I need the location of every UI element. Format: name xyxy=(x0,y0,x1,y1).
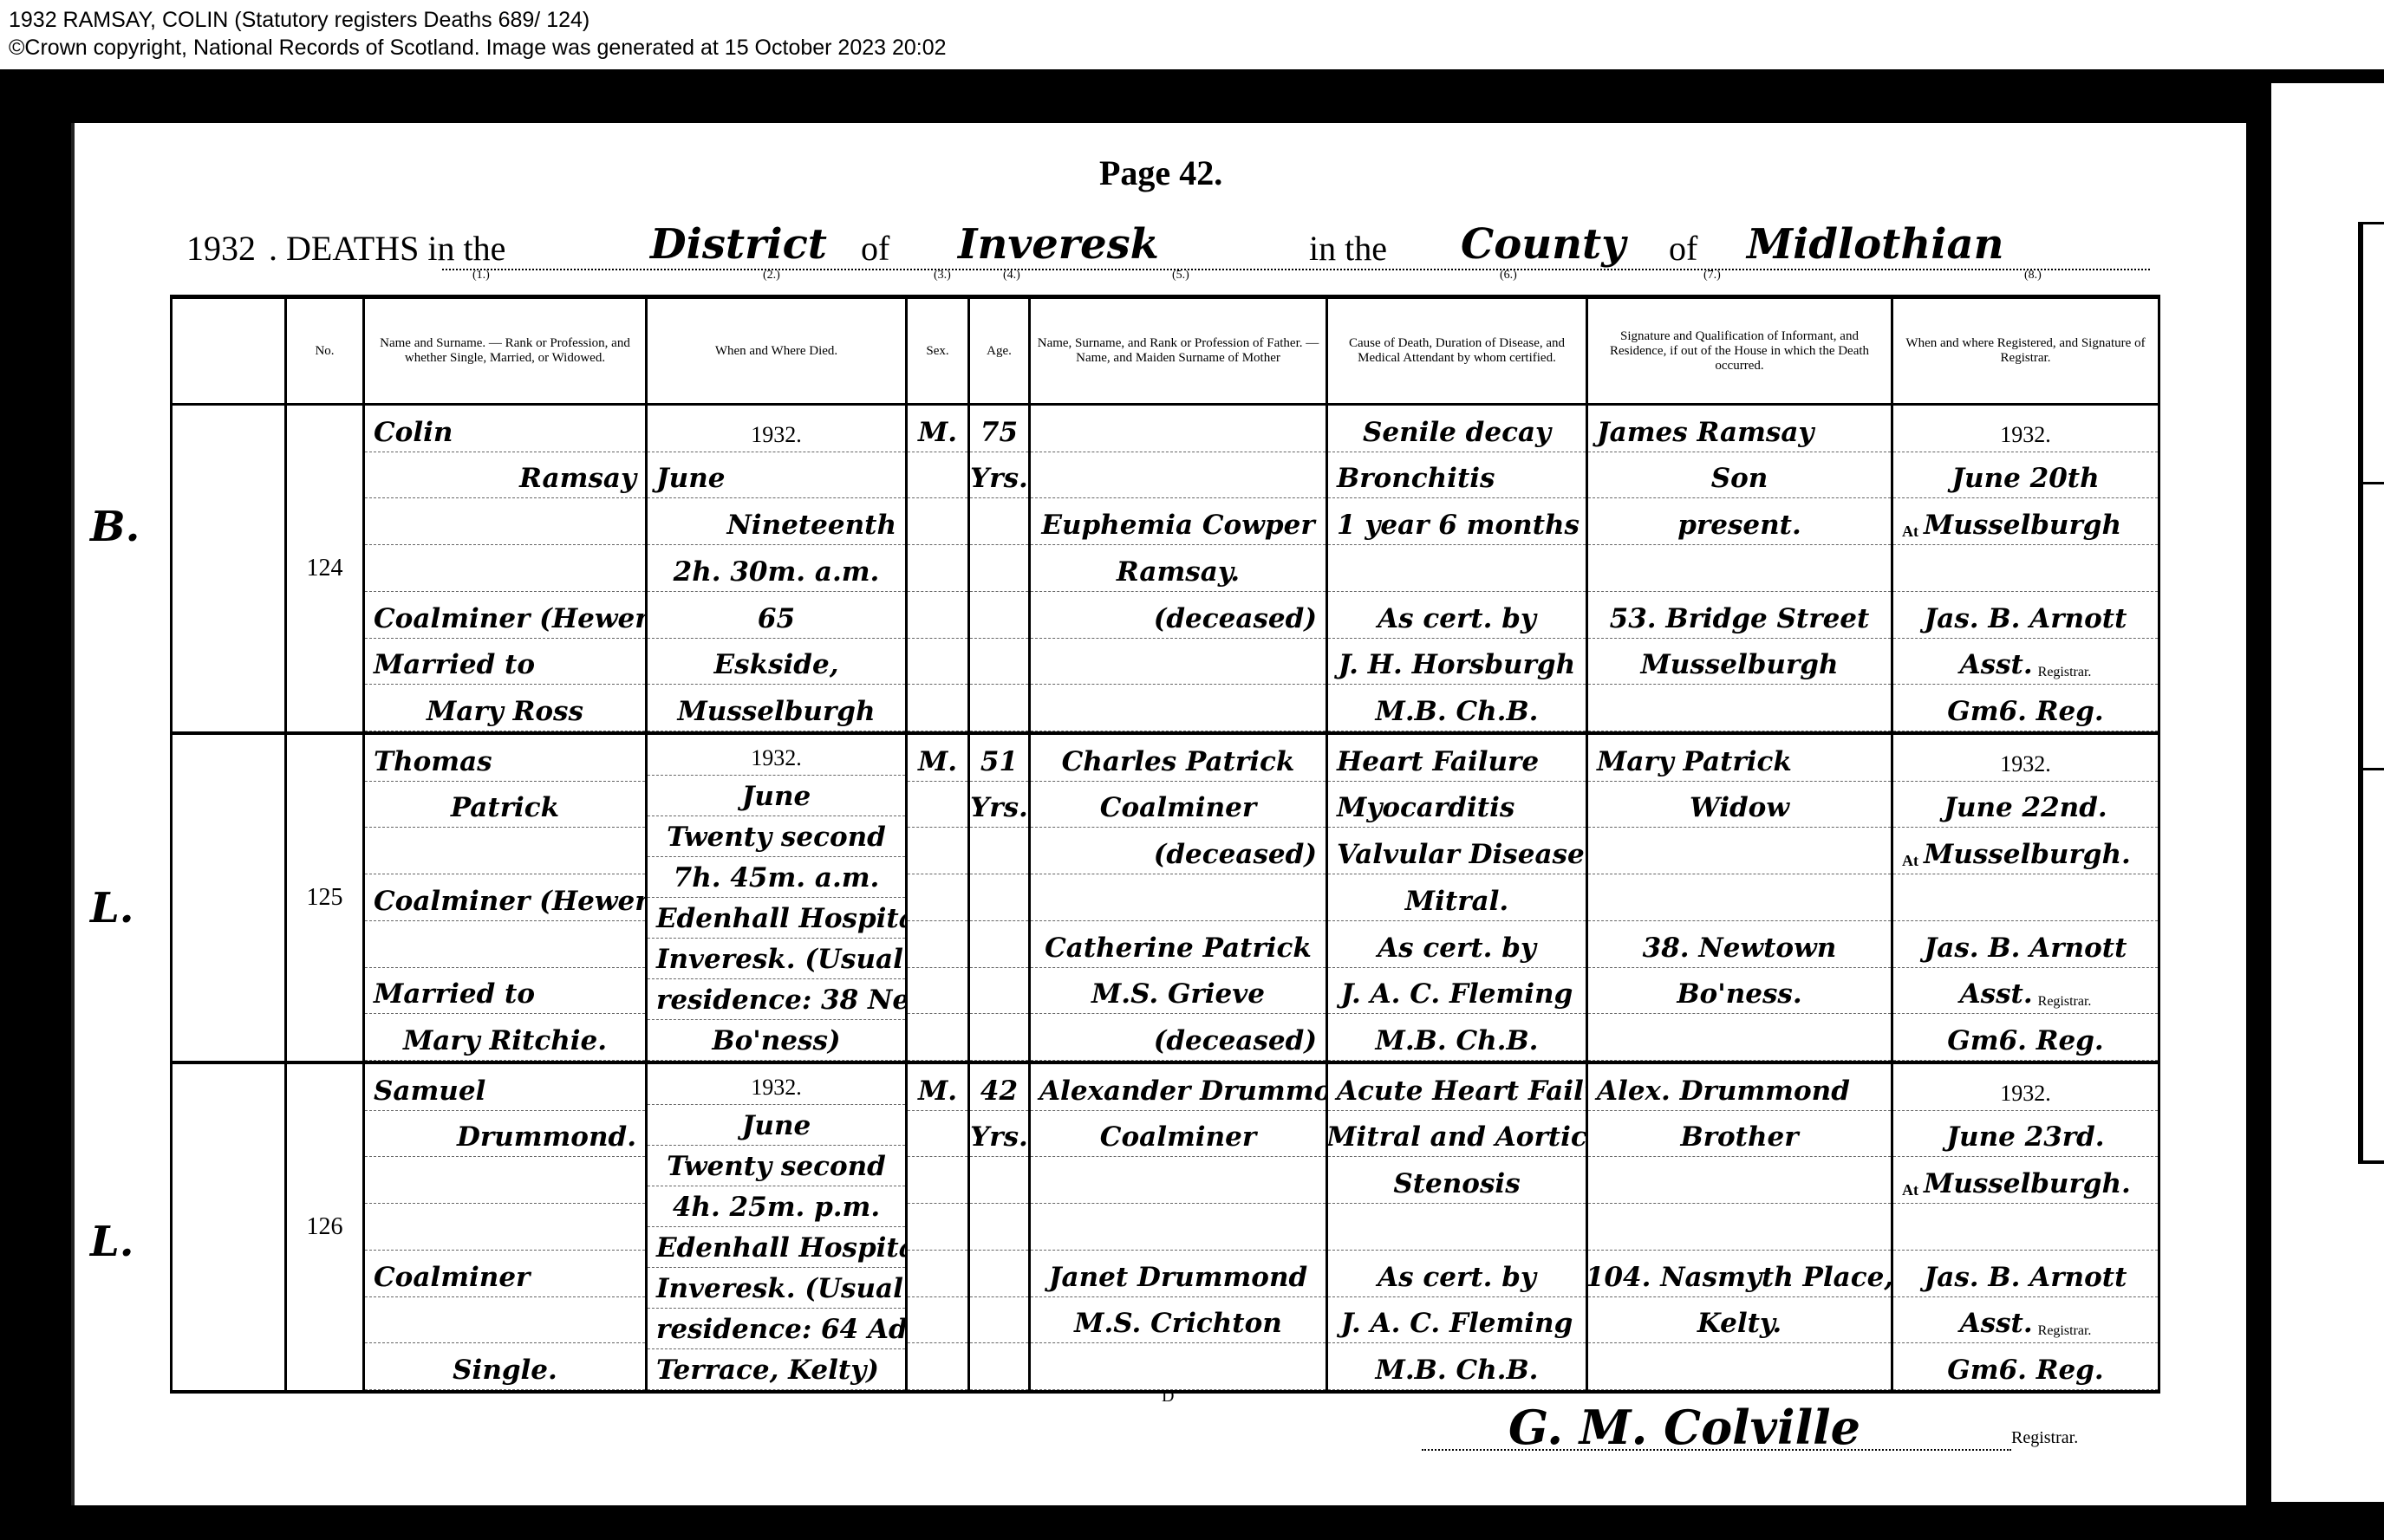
informant-line: Kelty. xyxy=(1588,1297,1891,1344)
parents-line: (deceased) xyxy=(1031,592,1326,639)
column-number: (6.) xyxy=(1500,269,1517,283)
registered-place: Musselburgh. xyxy=(1924,1168,2131,1199)
table-row: 126 Samuel Drummond. Coalminer Single. 1… xyxy=(172,1062,2159,1392)
column-number: (5.) xyxy=(1172,269,1189,283)
column-number: (4.) xyxy=(1003,269,1020,283)
heading-underline xyxy=(442,269,2150,270)
informant-line: Alex. Drummond xyxy=(1588,1064,1891,1111)
heading-district-name: Inveresk xyxy=(958,220,1159,269)
when-line: June xyxy=(648,1105,905,1146)
informant-line: Bo'ness. xyxy=(1588,968,1891,1015)
when-line: 4h. 25m. p.m. xyxy=(648,1186,905,1227)
parents-line: M.S. Crichton xyxy=(1031,1297,1326,1344)
name-line: Married to xyxy=(365,639,645,686)
when-line: Nineteenth xyxy=(648,498,905,545)
asst-label: Asst. xyxy=(1960,978,2033,1010)
registrar-note: Gm6. Reg. xyxy=(1893,1014,2158,1061)
when-line: residence: 64 Adams xyxy=(648,1309,905,1349)
asst-label: Asst. xyxy=(1960,1308,2033,1339)
name-line: Mary Ross xyxy=(365,685,645,731)
age-cell: 75 Yrs. xyxy=(969,405,1030,734)
cause-line: As cert. by xyxy=(1328,1251,1586,1297)
name-line: Coalminer (Hewer) xyxy=(365,592,645,639)
record-title: 1932 RAMSAY, COLIN (Statutory registers … xyxy=(9,7,589,33)
header-no: No. xyxy=(286,297,364,405)
name-line xyxy=(365,921,645,968)
table-row: 125 Thomas Patrick Coalminer (Hewer) Mar… xyxy=(172,733,2159,1062)
cause-line: M.B. Ch.B. xyxy=(1328,1014,1586,1061)
parents-line: Janet Drummond xyxy=(1031,1251,1326,1297)
registrar-label: Registrar. xyxy=(2038,665,2092,680)
heading-of-2: of xyxy=(1669,228,1697,269)
registrar-label: Registrar. xyxy=(2038,994,2092,1010)
informant-line: Widow xyxy=(1588,782,1891,828)
header-row: No. Name and Surname. — Rank or Professi… xyxy=(172,297,2159,405)
informant-cell: James Ramsay Son present. 53. Bridge Str… xyxy=(1587,405,1892,734)
heading-county-name: Midlothian xyxy=(1747,220,2003,269)
age-unit: Yrs. xyxy=(970,782,1028,828)
when-line: 2h. 30m. a.m. xyxy=(648,545,905,592)
age-cell: 51 Yrs. xyxy=(969,733,1030,1062)
parents-line xyxy=(1031,452,1326,499)
cause-line: 1 year 6 months xyxy=(1328,498,1586,545)
registrar-signature: G. M. Colville xyxy=(1508,1400,1860,1455)
d-mark: D xyxy=(1162,1387,1174,1407)
header-sex: Sex. xyxy=(907,297,969,405)
age-value: 51 xyxy=(970,735,1028,782)
when-line: 65 xyxy=(648,592,905,639)
informant-cell: Mary Patrick Widow 38. Newtown Bo'ness. xyxy=(1587,733,1892,1062)
age-value: 75 xyxy=(970,406,1028,452)
parents-line xyxy=(1031,406,1326,452)
margin-cell xyxy=(172,405,286,734)
cause-line: J. H. Horsburgh xyxy=(1328,639,1586,686)
name-line: Colin xyxy=(365,406,645,452)
age-cell: 42 Yrs. xyxy=(969,1062,1030,1392)
cause-cell: Senile decay Bronchitis 1 year 6 months … xyxy=(1327,405,1587,734)
informant-line: Brother xyxy=(1588,1111,1891,1158)
registered-place: Musselburgh. xyxy=(1924,839,2131,870)
name-line xyxy=(365,1157,645,1204)
registrar-name: Jas. B. Arnott xyxy=(1893,1251,2158,1297)
column-number: (7.) xyxy=(1703,269,1721,283)
column-number: (8.) xyxy=(2024,269,2042,283)
column-number: (2.) xyxy=(763,269,780,283)
parents-line: M.S. Grieve xyxy=(1031,968,1326,1015)
informant-line xyxy=(1588,1343,1891,1390)
at-label: At xyxy=(1902,1181,1918,1199)
when-line: 1932. xyxy=(648,1064,905,1105)
parents-line: Catherine Patrick xyxy=(1031,921,1326,968)
registered-cell: 1932. June 23rd. AtMusselburgh. Jas. B. … xyxy=(1892,1062,2159,1392)
at-label: At xyxy=(1902,852,1918,870)
name-line: Drummond. xyxy=(365,1111,645,1158)
cause-line: M.B. Ch.B. xyxy=(1328,685,1586,731)
name-cell: Samuel Drummond. Coalminer Single. xyxy=(364,1062,647,1392)
when-line: 1932. xyxy=(648,735,905,776)
when-line: Twenty second xyxy=(648,1146,905,1186)
registered-date: June 20th xyxy=(1893,452,2158,499)
parents-line: Charles Patrick xyxy=(1031,735,1326,782)
name-line: Thomas xyxy=(365,735,645,782)
name-cell: Thomas Patrick Coalminer (Hewer) Married… xyxy=(364,733,647,1062)
informant-line: 104. Nasmyth Place, xyxy=(1588,1251,1891,1297)
heading-district-word: District xyxy=(650,220,827,269)
cause-line xyxy=(1328,1204,1586,1251)
cause-line: Myocarditis xyxy=(1328,782,1586,828)
margin-mark: L. xyxy=(90,884,134,932)
informant-line: James Ramsay xyxy=(1588,406,1891,452)
registered-date: June 23rd. xyxy=(1893,1111,2158,1158)
when-line: Twenty second xyxy=(648,816,905,857)
sex-value: M. xyxy=(908,735,967,782)
registrar-name: Jas. B. Arnott xyxy=(1893,592,2158,639)
when-where-cell: 1932. June Nineteenth 2h. 30m. a.m. 65 E… xyxy=(647,405,907,734)
sex-cell: M. xyxy=(907,405,969,734)
when-line: Eskside, xyxy=(648,639,905,686)
sex-value: M. xyxy=(908,1064,967,1111)
registered-cell: 1932. June 20th AtMusselburgh Jas. B. Ar… xyxy=(1892,405,2159,734)
informant-line xyxy=(1588,545,1891,592)
header-when-where: When and Where Died. xyxy=(647,297,907,405)
informant-line: 53. Bridge Street xyxy=(1588,592,1891,639)
informant-line xyxy=(1588,685,1891,731)
when-line: Inveresk. (Usual xyxy=(648,939,905,979)
signature-line xyxy=(1422,1449,2011,1451)
margin-mark: B. xyxy=(90,503,140,551)
when-line: Bo'ness) xyxy=(648,1020,905,1061)
cause-line: J. A. C. Fleming xyxy=(1328,1297,1586,1344)
heading-of-1: of xyxy=(861,228,889,269)
informant-line xyxy=(1588,828,1891,874)
registered-year: 1932. xyxy=(1893,406,2158,452)
name-line xyxy=(365,498,645,545)
name-line: Married to xyxy=(365,968,645,1015)
registrar-label: Registrar. xyxy=(2038,1323,2092,1339)
registered-year: 1932. xyxy=(1893,735,2158,782)
entry-number: 124 xyxy=(286,405,364,734)
when-line: residence: 38 Newtown, xyxy=(648,979,905,1020)
header-age: Age. xyxy=(969,297,1030,405)
name-line: Single. xyxy=(365,1343,645,1390)
registrar-signature-label: Registrar. xyxy=(2011,1428,2078,1448)
column-number: (3.) xyxy=(934,269,951,283)
parents-line: Ramsay. xyxy=(1031,545,1326,592)
name-line: Coalminer (Hewer) xyxy=(365,874,645,921)
registered-year: 1932. xyxy=(1893,1064,2158,1111)
when-line: Edenhall Hospital, xyxy=(648,898,905,939)
adjacent-divider xyxy=(2358,768,2384,770)
header-registered: When and where Registered, and Signature… xyxy=(1892,297,2159,405)
registered-cell: 1932. June 22nd. AtMusselburgh. Jas. B. … xyxy=(1892,733,2159,1062)
informant-line: present. xyxy=(1588,498,1891,545)
cause-line xyxy=(1328,545,1586,592)
heading-deaths: . DEATHS in the xyxy=(269,228,505,269)
parents-cell: Euphemia Cowper Ramsay. (deceased) xyxy=(1030,405,1327,734)
parents-line: Coalminer xyxy=(1031,1111,1326,1158)
parents-line: Euphemia Cowper xyxy=(1031,498,1326,545)
name-cell: Colin Ramsay Coalminer (Hewer) Married t… xyxy=(364,405,647,734)
cause-line: As cert. by xyxy=(1328,921,1586,968)
page-number: Page 42. xyxy=(1099,153,1222,193)
cause-line: Stenosis xyxy=(1328,1157,1586,1204)
parents-line xyxy=(1031,874,1326,921)
header-parents: Name, Surname, and Rank or Profession of… xyxy=(1030,297,1327,405)
when-line: Musselburgh xyxy=(648,685,905,731)
heading-in-the: in the xyxy=(1309,228,1387,269)
adjacent-divider xyxy=(2358,482,2384,484)
informant-line: 38. Newtown xyxy=(1588,921,1891,968)
when-line: Inveresk. (Usual xyxy=(648,1268,905,1309)
cause-line: Senile decay xyxy=(1328,406,1586,452)
informant-line: Mary Patrick xyxy=(1588,735,1891,782)
deaths-register-table: No. Name and Surname. — Rank or Professi… xyxy=(170,295,2160,1394)
register-heading: 1932 . DEATHS in the District of Inveres… xyxy=(186,222,2146,274)
cause-cell: Heart Failure Myocarditis Valvular Disea… xyxy=(1327,733,1587,1062)
sex-cell: M. xyxy=(907,1062,969,1392)
when-line: June xyxy=(648,452,905,499)
when-line: 1932. xyxy=(648,406,905,452)
cause-line: Mitral. xyxy=(1328,874,1586,921)
name-line: Samuel xyxy=(365,1064,645,1111)
adjacent-page-strip xyxy=(2267,83,2384,1502)
entry-number: 125 xyxy=(286,733,364,1062)
when-line: June xyxy=(648,776,905,816)
informant-line xyxy=(1588,1014,1891,1061)
cause-line: Heart Failure xyxy=(1328,735,1586,782)
margin-cell xyxy=(172,1062,286,1392)
parents-line xyxy=(1031,1204,1326,1251)
when-line: Terrace, Kelty) xyxy=(648,1349,905,1390)
parents-line: (deceased) xyxy=(1031,828,1326,874)
heading-year: 1932 xyxy=(186,228,256,269)
margin-mark: L. xyxy=(90,1218,134,1266)
parents-line: Coalminer xyxy=(1031,782,1326,828)
parents-line: (deceased) xyxy=(1031,1014,1326,1061)
cause-line: Bronchitis xyxy=(1328,452,1586,499)
when-where-cell: 1932. June Twenty second 7h. 45m. a.m. E… xyxy=(647,733,907,1062)
entry-number: 126 xyxy=(286,1062,364,1392)
sex-cell: M. xyxy=(907,733,969,1062)
adjacent-table-edge xyxy=(2358,222,2384,1164)
cause-line: Mitral and Aortic xyxy=(1328,1111,1586,1158)
margin-cell xyxy=(172,733,286,1062)
registrar-name: Jas. B. Arnott xyxy=(1893,921,2158,968)
age-unit: Yrs. xyxy=(970,1111,1028,1158)
header-margin xyxy=(172,297,286,405)
cause-line: As cert. by xyxy=(1328,592,1586,639)
parents-line: Alexander Drummond xyxy=(1031,1064,1326,1111)
registered-date: June 22nd. xyxy=(1893,782,2158,828)
informant-line xyxy=(1588,1157,1891,1204)
informant-cell: Alex. Drummond Brother 104. Nasmyth Plac… xyxy=(1587,1062,1892,1392)
parents-line xyxy=(1031,685,1326,731)
age-unit: Yrs. xyxy=(970,452,1028,499)
column-number: (1.) xyxy=(472,269,490,283)
parents-cell: Alexander Drummond Coalminer Janet Drumm… xyxy=(1030,1062,1327,1392)
informant-line: Son xyxy=(1588,452,1891,499)
name-line xyxy=(365,828,645,874)
asst-label: Asst. xyxy=(1960,649,2033,680)
header-informant: Signature and Qualification of Informant… xyxy=(1587,297,1892,405)
registrar-note: Gm6. Reg. xyxy=(1893,1343,2158,1390)
cause-line: M.B. Ch.B. xyxy=(1328,1343,1586,1390)
parents-line xyxy=(1031,1343,1326,1390)
table-row: 124 Colin Ramsay Coalminer (Hewer) Marri… xyxy=(172,405,2159,734)
at-label: At xyxy=(1902,523,1918,541)
name-line: Mary Ritchie. xyxy=(365,1014,645,1061)
name-line xyxy=(365,1204,645,1251)
name-line: Coalminer xyxy=(365,1251,645,1297)
name-line: Patrick xyxy=(365,782,645,828)
cause-line: Acute Heart Failure xyxy=(1328,1064,1586,1111)
informant-line: Musselburgh xyxy=(1588,639,1891,686)
name-line xyxy=(365,545,645,592)
informant-line xyxy=(1588,874,1891,921)
copyright-notice: ©Crown copyright, National Records of Sc… xyxy=(9,35,947,61)
parents-cell: Charles Patrick Coalminer (deceased) Cat… xyxy=(1030,733,1327,1062)
when-where-cell: 1932. June Twenty second 4h. 25m. p.m. E… xyxy=(647,1062,907,1392)
name-line: Ramsay xyxy=(365,452,645,499)
parents-line xyxy=(1031,1157,1326,1204)
header-name: Name and Surname. — Rank or Profession, … xyxy=(364,297,647,405)
heading-county-word: County xyxy=(1461,220,1625,269)
when-line: 7h. 45m. a.m. xyxy=(648,857,905,898)
registrar-note: Gm6. Reg. xyxy=(1893,685,2158,731)
name-line xyxy=(365,1297,645,1344)
cause-cell: Acute Heart Failure Mitral and Aortic St… xyxy=(1327,1062,1587,1392)
cause-line: Valvular Disease xyxy=(1328,828,1586,874)
parents-line xyxy=(1031,639,1326,686)
when-line: Edenhall Hospital, xyxy=(648,1227,905,1268)
registered-place: Musselburgh xyxy=(1924,510,2121,541)
age-value: 42 xyxy=(970,1064,1028,1111)
informant-line xyxy=(1588,1204,1891,1251)
cause-line: J. A. C. Fleming xyxy=(1328,968,1586,1015)
header-cause: Cause of Death, Duration of Disease, and… xyxy=(1327,297,1587,405)
sex-value: M. xyxy=(908,406,967,452)
